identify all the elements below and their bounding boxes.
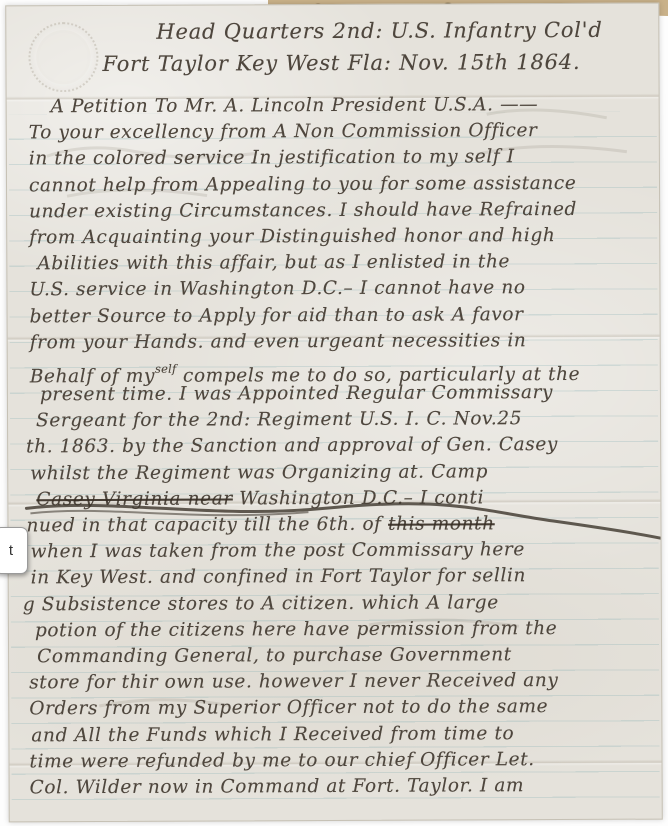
handwritten-text: potion of the citizens here have permiss… bbox=[35, 618, 557, 641]
letter-line: store for thir own use. however I never … bbox=[23, 668, 657, 697]
inserted-text: self bbox=[155, 362, 177, 376]
handwritten-text: cannot help from Appealing to you for so… bbox=[29, 173, 576, 196]
handwritten-text: Col. Wilder now in Command at Fort. Tayl… bbox=[30, 775, 525, 798]
letter-line: To your excellency from A Non Commission… bbox=[21, 118, 655, 147]
handwritten-text: and All the Funds which I Received from … bbox=[31, 723, 514, 746]
letter-line: Col. Wilder now in Command at Fort. Tayl… bbox=[24, 772, 658, 801]
letter-line: A Petition To Mr. A. Lincoln President U… bbox=[21, 92, 655, 121]
handwritten-text: g Subsistence stores to A citizen. which… bbox=[23, 592, 499, 615]
letter-line: th. 1863. by the Sanction and approval o… bbox=[22, 432, 656, 461]
letter-line: better Source to Apply for aid than to a… bbox=[22, 301, 656, 330]
letter-line: under existing Circumstances. I should h… bbox=[21, 196, 655, 225]
letter-line: when I was taken from the post Commissar… bbox=[23, 537, 657, 566]
letter-line: Abilities with this affair, but as I enl… bbox=[21, 249, 655, 278]
letter-heading-line2: Fort Taylor Key West Fla: Nov. 15th 1864… bbox=[102, 50, 580, 76]
handwritten-text: To your excellency from A Non Commission… bbox=[29, 120, 538, 143]
handwritten-text: present time. I was Appointed Regular Co… bbox=[40, 382, 553, 405]
letter-line: time were refunded by me to our chief Of… bbox=[23, 746, 657, 775]
handwritten-text: whilst the Regiment was Organizing at. C… bbox=[30, 461, 488, 484]
letter-line: from your Hands. and even urgeant necess… bbox=[22, 327, 656, 356]
handwritten-text: in the colored service In jestification … bbox=[29, 147, 515, 170]
letter-line: in the colored service In jestification … bbox=[21, 144, 655, 173]
handwritten-text: th. 1863. by the Sanction and approval o… bbox=[26, 434, 558, 457]
struck-text: Casey Virginia near bbox=[36, 488, 232, 510]
handwritten-text: time were refunded by me to our chief Of… bbox=[29, 749, 534, 772]
handwritten-text: when I was taken from the post Commissar… bbox=[31, 539, 525, 562]
letter-line: whilst the Regiment was Organizing at. C… bbox=[22, 458, 656, 487]
handwritten-text: A Petition To Mr. A. Lincoln President U… bbox=[51, 94, 539, 117]
handwritten-text: Commanding General, to purchase Governme… bbox=[37, 644, 512, 667]
letter-line: nued in that capacity till the 6th. of t… bbox=[22, 511, 656, 540]
struck-text: this month bbox=[388, 513, 495, 534]
side-tab-button[interactable]: t bbox=[0, 527, 28, 574]
handwritten-text: under existing Circumstances. I should h… bbox=[29, 199, 577, 222]
handwritten-text: from Acquainting your Distinguished hono… bbox=[29, 225, 555, 248]
letter-line: from Acquainting your Distinguished hono… bbox=[21, 223, 655, 252]
letter-page: Head Quarters 2nd: U.S. Infantry Col'd F… bbox=[5, 3, 663, 823]
letter-line: Orders from my Superior Officer not to d… bbox=[23, 694, 657, 723]
letter-line: Sergeant for the 2nd: Regiment U.S. I. C… bbox=[22, 406, 656, 435]
handwritten-text: in Key West. and confined in Fort Taylor… bbox=[31, 566, 526, 589]
letter-line: U.S. service in Washington D.C.– I canno… bbox=[21, 275, 655, 304]
letter-line: potion of the citizens here have permiss… bbox=[23, 615, 657, 644]
handwritten-text: U.S. service in Washington D.C.– I canno… bbox=[29, 277, 525, 300]
handwritten-text: nued in that capacity till the 6th. of bbox=[26, 514, 388, 537]
letter-line: g Subsistence stores to A citizen. which… bbox=[23, 589, 657, 618]
letter-line: Behalf of myself compels me to do so, pa… bbox=[22, 353, 656, 382]
handwritten-text: Sergeant for the 2nd: Regiment U.S. I. C… bbox=[36, 408, 522, 431]
handwritten-text: Orders from my Superior Officer not to d… bbox=[29, 696, 548, 719]
handwritten-text: store for thir own use. however I never … bbox=[29, 670, 558, 693]
scanned-letter-view: Head Quarters 2nd: U.S. Infantry Col'd F… bbox=[0, 0, 668, 826]
letter-line: Commanding General, to purchase Governme… bbox=[23, 642, 657, 671]
handwritten-text: better Source to Apply for aid than to a… bbox=[30, 304, 524, 327]
letter-heading-line1: Head Quarters 2nd: U.S. Infantry Col'd bbox=[156, 18, 602, 44]
embossed-seal bbox=[28, 22, 98, 92]
handwritten-text: Abilities with this affair, but as I enl… bbox=[37, 251, 510, 274]
letter-body: A Petition To Mr. A. Lincoln President U… bbox=[21, 92, 658, 802]
letter-line: in Key West. and confined in Fort Taylor… bbox=[23, 563, 657, 592]
handwritten-text: from your Hands. and even urgeant necess… bbox=[30, 330, 527, 353]
letter-line: and All the Funds which I Received from … bbox=[23, 720, 657, 749]
letter-line: Casey Virginia near Washington D.C.– I c… bbox=[22, 484, 656, 513]
letter-line: cannot help from Appealing to you for so… bbox=[21, 170, 655, 199]
handwritten-text: Washington D.C.– I conti bbox=[233, 487, 484, 509]
